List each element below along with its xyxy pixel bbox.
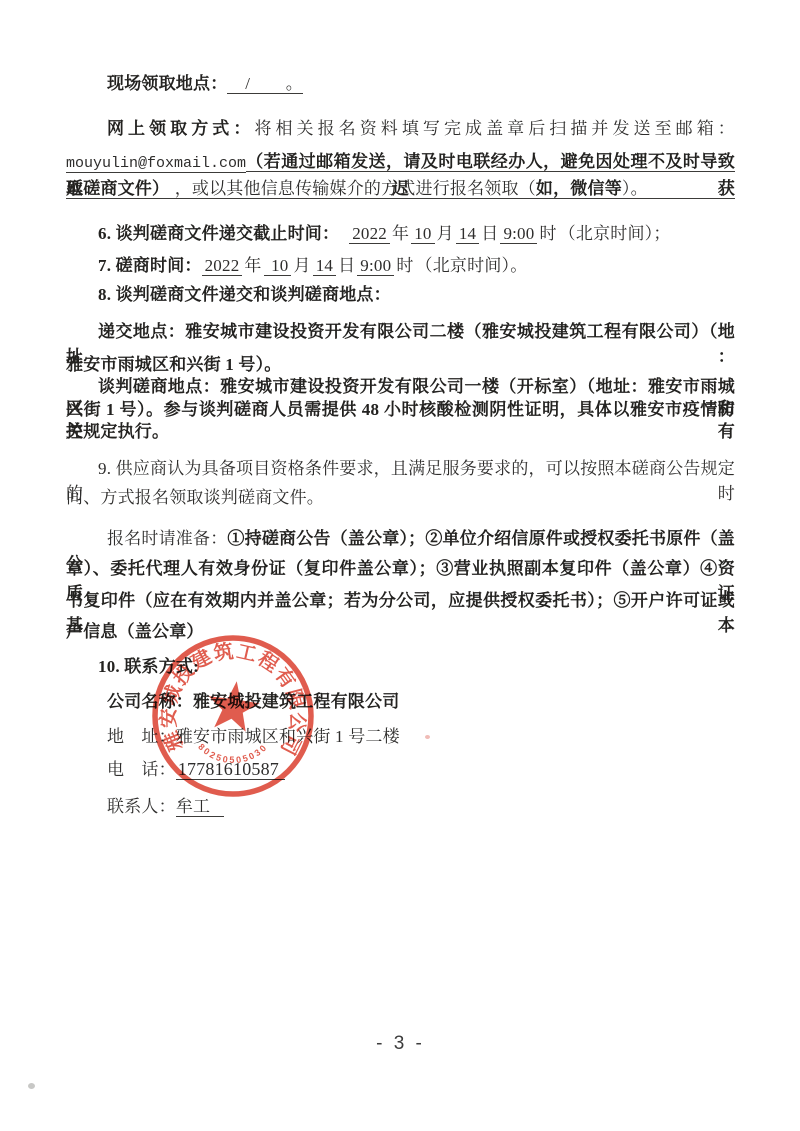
svg-text:80250505030: 80250505030 bbox=[196, 742, 269, 766]
deadline-month-unit: 月 bbox=[437, 224, 454, 243]
online-method-line3: 取磋商文件），或以其他信息传输媒介的方式进行报名领取（如，微信等）。 bbox=[66, 176, 735, 201]
email-address: mouyulin@foxmail.com bbox=[66, 155, 246, 173]
online-method-label: 网上领取方式： bbox=[107, 119, 254, 138]
pickup-location-line: 现场领取地点： / 。 bbox=[66, 71, 735, 96]
online-tail-b: 如，微信等 bbox=[536, 179, 622, 198]
submit-address-line2: 雅安市雨城区和兴街 1 号）。 bbox=[66, 352, 735, 377]
pickup-location-label: 现场领取地点： bbox=[107, 74, 227, 93]
document-page: 现场领取地点： / 。 网上领取方式：将相关报名资料填写完成盖章后扫描并发送至邮… bbox=[0, 0, 800, 1131]
online-method-line1: 网上领取方式：将相关报名资料填写完成盖章后扫描并发送至邮箱： bbox=[66, 116, 735, 141]
deadline-day-unit: 日 bbox=[481, 224, 498, 243]
scan-artifact-speck bbox=[28, 1083, 35, 1089]
deadline-time-unit: 时 bbox=[539, 224, 556, 243]
nego-address-line3: 关规定执行。 bbox=[66, 421, 735, 443]
supplier-note-line2: 间、方式报名领取谈判磋商文件。 bbox=[66, 485, 735, 510]
deadline-month: 10 bbox=[411, 224, 434, 244]
meeting-year: 2022 bbox=[202, 256, 243, 276]
online-tail-a: ，或以其他信息传输媒介的方式进行报名领取（ bbox=[175, 179, 536, 198]
deadline-day: 14 bbox=[456, 224, 479, 244]
online-tail-c: ）。 bbox=[622, 179, 648, 198]
scan-artifact-red-speck bbox=[425, 735, 430, 739]
email-note-part2: 取磋商文件） bbox=[66, 179, 175, 199]
page-number: - 3 - bbox=[66, 1031, 735, 1056]
meeting-year-unit: 年 bbox=[244, 256, 261, 275]
meeting-timezone: （北京时间）。 bbox=[416, 256, 528, 275]
meeting-time-line: 7. 磋商时间：2022年 10月14日9:00时（北京时间）。 bbox=[66, 253, 735, 278]
deadline-year-unit: 年 bbox=[392, 224, 409, 243]
meeting-day: 14 bbox=[313, 256, 336, 276]
meeting-time: 9:00 bbox=[357, 256, 394, 276]
deadline-year: 2022 bbox=[349, 224, 390, 244]
company-seal-stamp: 雅安城投建筑工程有限公司 80250505030 bbox=[131, 614, 335, 818]
prepare-label: 报名时请准备： bbox=[107, 529, 227, 548]
location-header-label: 8. 谈判磋商文件递交和谈判磋商地点： bbox=[98, 285, 391, 304]
pickup-location-blank: / 。 bbox=[227, 74, 303, 94]
deadline-timezone: （北京时间）； bbox=[559, 224, 671, 243]
meeting-time-label: 7. 磋商时间： bbox=[98, 256, 202, 275]
seal-star bbox=[205, 678, 263, 733]
location-header-line: 8. 谈判磋商文件递交和谈判磋商地点： bbox=[66, 282, 735, 307]
meeting-month-unit: 月 bbox=[293, 256, 310, 275]
meeting-day-unit: 日 bbox=[338, 256, 355, 275]
meeting-month: 10 bbox=[264, 256, 292, 276]
deadline-time: 9:00 bbox=[500, 224, 537, 244]
meeting-time-unit: 时 bbox=[396, 256, 413, 275]
seal-serial-number: 80250505030 bbox=[196, 742, 269, 766]
online-method-text: 将相关报名资料填写完成盖章后扫描并发送至邮箱： bbox=[254, 119, 735, 138]
deadline-label: 6. 谈判磋商文件递交截止时间： bbox=[98, 224, 339, 243]
deadline-line: 6. 谈判磋商文件递交截止时间：2022年10月14日9:00时（北京时间）； bbox=[66, 221, 735, 246]
